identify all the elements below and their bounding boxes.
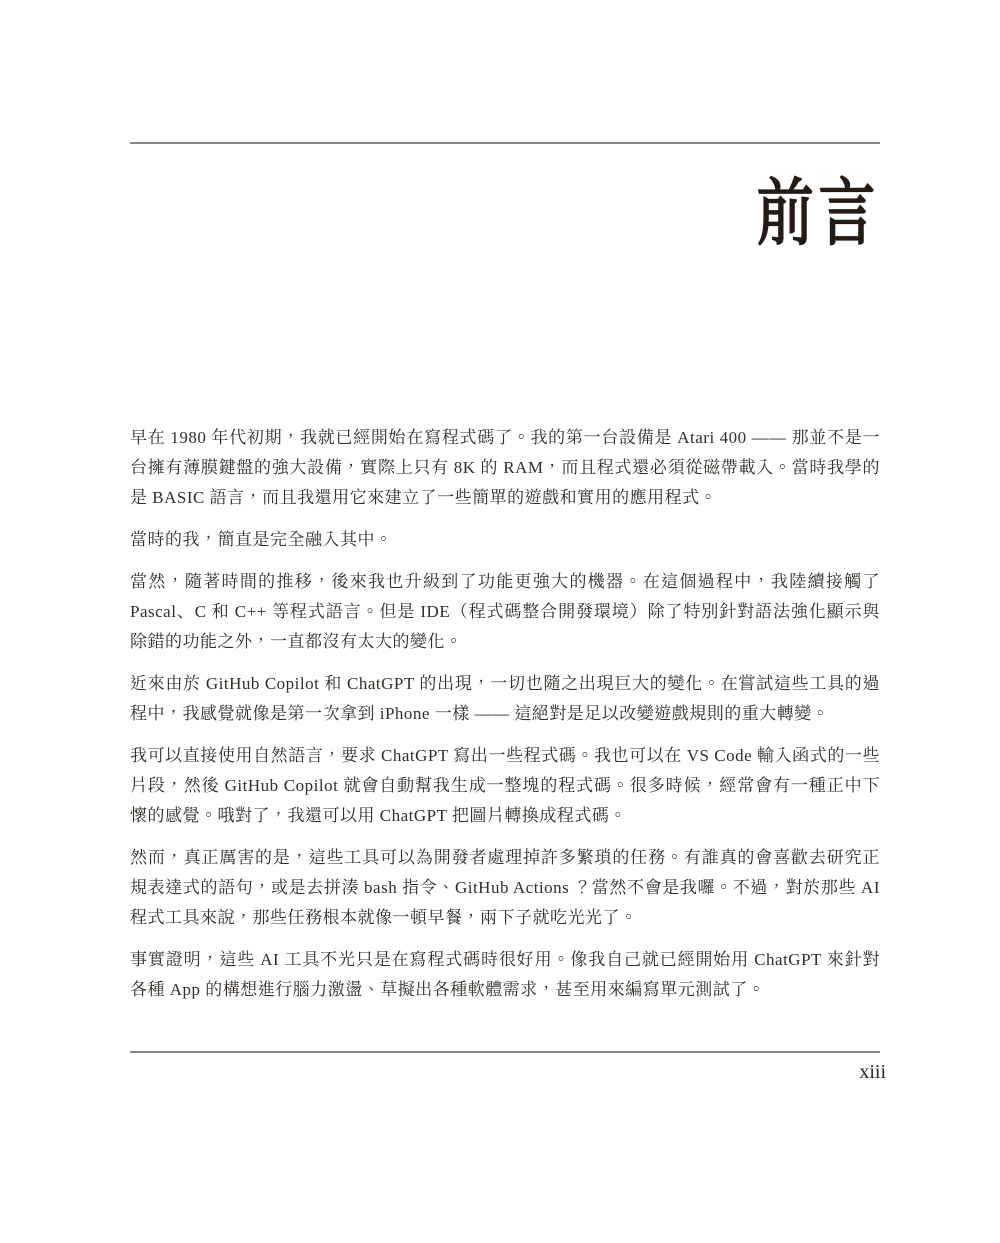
paragraph-5: 我可以直接使用自然語言，要求 ChatGPT 寫出一些程式碼。我也可以在 VS … xyxy=(130,741,880,831)
header-spacer xyxy=(0,0,1000,142)
paragraph-7: 事實證明，這些 AI 工具不光只是在寫程式碼時很好用。像我自己就已經開始用 Ch… xyxy=(130,945,880,1005)
paragraph-4: 近來由於 GitHub Copilot 和 ChatGPT 的出現，一切也隨之出… xyxy=(130,669,880,729)
chapter-title: 前言 xyxy=(130,177,880,250)
chapter-title-text: 前言 xyxy=(757,177,880,250)
book-page: 前言 早在 1980 年代初期，我就已經開始在寫程式碼了。我的第一台設備是 At… xyxy=(0,0,1000,1243)
page-number: xiii xyxy=(130,1061,886,1083)
body-text: 早在 1980 年代初期，我就已經開始在寫程式碼了。我的第一台設備是 Atari… xyxy=(130,423,880,1005)
paragraph-2: 當時的我，簡直是完全融入其中。 xyxy=(130,525,880,555)
paragraph-1: 早在 1980 年代初期，我就已經開始在寫程式碼了。我的第一台設備是 Atari… xyxy=(130,423,880,513)
paragraph-6: 然而，真正厲害的是，這些工具可以為開發者處理掉許多繁瑣的任務。有誰真的會喜歡去研… xyxy=(130,843,880,933)
footer-rule xyxy=(130,1051,880,1053)
header-rule xyxy=(130,142,880,144)
paragraph-3: 當然，隨著時間的推移，後來我也升級到了功能更強大的機器。在這個過程中，我陸續接觸… xyxy=(130,567,880,657)
